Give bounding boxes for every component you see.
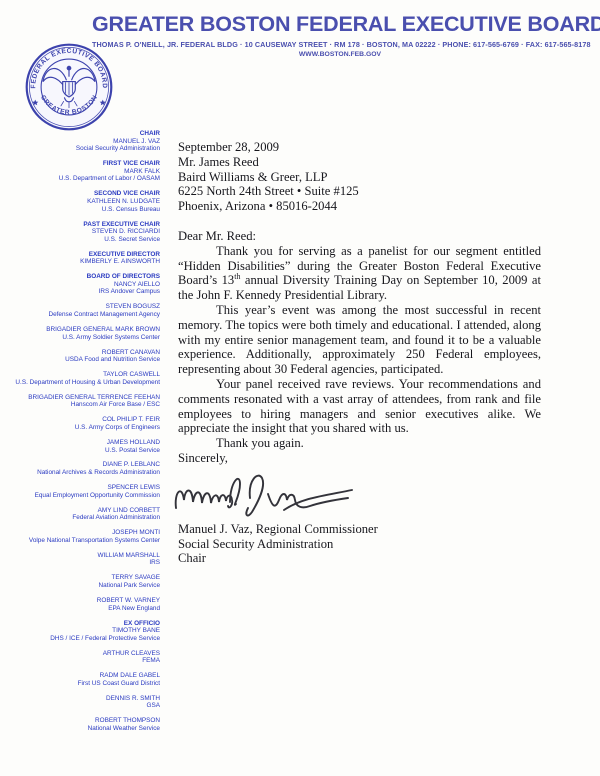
sidebar-entry-line: IRS <box>0 559 160 567</box>
sidebar-entry-line: TERRY SAVAGE <box>0 574 160 582</box>
sidebar-entry-heading: SECOND VICE CHAIR <box>0 190 160 198</box>
sidebar-entry-line: ARTHUR CLEAVES <box>0 650 160 658</box>
sidebar-entry-line: COL PHILIP T. FEIR <box>0 416 160 424</box>
sidebar-entry: EX OFFICIOTIMOTHY BANEDHS / ICE / Federa… <box>0 620 160 643</box>
signer-org: Social Security Administration <box>178 537 541 552</box>
sidebar-entry: SPENCER LEWISEqual Employment Opportunit… <box>0 484 160 499</box>
sidebar-entry: DENNIS R. SMITHGSA <box>0 695 160 710</box>
sidebar-entry-line: BRIGADIER GENERAL MARK BROWN <box>0 326 160 334</box>
sidebar-entry-line: FEMA <box>0 657 160 665</box>
sidebar-entry-heading: EXECUTIVE DIRECTOR <box>0 251 160 259</box>
sidebar-entry-line: MANUEL J. VAZ <box>0 138 160 146</box>
org-address-line: THOMAS P. O'NEILL, JR. FEDERAL BLDG · 10… <box>92 40 588 49</box>
sidebar-entry-line: U.S. Department of Labor / OASAM <box>0 175 160 183</box>
sidebar-entry-line: USDA Food and Nutrition Service <box>0 356 160 364</box>
salutation: Dear Mr. Reed: <box>178 229 541 244</box>
recipient-company: Baird Williams & Greer, LLP <box>178 170 541 185</box>
sidebar-entry-line: SPENCER LEWIS <box>0 484 160 492</box>
sidebar-entry-line: ROBERT CANAVAN <box>0 349 160 357</box>
sidebar-entry-line: ROBERT W. VARNEY <box>0 597 160 605</box>
letterhead: GREATER BOSTON FEDERAL EXECUTIVE BOARD T… <box>92 12 588 58</box>
sidebar-entry-line: Federal Aviation Administration <box>0 514 160 522</box>
sidebar-entry: ROBERT THOMPSONNational Weather Service <box>0 717 160 732</box>
sidebar-entry-line: ROBERT THOMPSON <box>0 717 160 725</box>
closing-thanks: Thank you again. <box>178 436 541 451</box>
sidebar-entry-line: DIANE P. LEBLANC <box>0 461 160 469</box>
sidebar-entry-line: U.S. Army Soldier Systems Center <box>0 334 160 342</box>
sidebar-entry-line: NANCY AIELLO <box>0 281 160 289</box>
sidebar-entry-line: GSA <box>0 702 160 710</box>
paragraph-1: Thank you for serving as a panelist for … <box>178 244 541 303</box>
sidebar-entry-line: Equal Employment Opportunity Commission <box>0 492 160 500</box>
letter-date: September 28, 2009 <box>178 140 541 155</box>
handwritten-signature <box>172 470 357 522</box>
sidebar-entry: JOSEPH MONTIVolpe National Transportatio… <box>0 529 160 544</box>
sidebar: CHAIRMANUEL J. VAZSocial Security Admini… <box>0 130 160 740</box>
sidebar-entry-line: National Archives & Records Administrati… <box>0 469 160 477</box>
paragraph-3: Your panel received rave reviews. Your r… <box>178 377 541 436</box>
sidebar-entry: ROBERT W. VARNEYEPA New England <box>0 597 160 612</box>
sidebar-entry: ARTHUR CLEAVESFEMA <box>0 650 160 665</box>
org-website: WWW.BOSTON.FEB.GOV <box>92 51 588 58</box>
sidebar-entry-line: KIMBERLY E. AINSWORTH <box>0 258 160 266</box>
sidebar-entry-line: First US Coast Guard District <box>0 680 160 688</box>
recipient-name: Mr. James Reed <box>178 155 541 170</box>
sidebar-entry: AMY LIND CORBETTFederal Aviation Adminis… <box>0 507 160 522</box>
sidebar-entry-line: TAYLOR CASWELL <box>0 371 160 379</box>
sidebar-entry: CHAIRMANUEL J. VAZSocial Security Admini… <box>0 130 160 153</box>
sidebar-entry: ROBERT CANAVANUSDA Food and Nutrition Se… <box>0 349 160 364</box>
sidebar-entry: BRIGADIER GENERAL MARK BROWNU.S. Army So… <box>0 326 160 341</box>
letter-page: FEDERAL EXECUTIVE BOARD GREATER BOSTON <box>0 0 600 776</box>
sidebar-entry-line: STEVEN D. RICCIARDI <box>0 228 160 236</box>
sidebar-entry: COL PHILIP T. FEIRU.S. Army Corps of Eng… <box>0 416 160 431</box>
sidebar-entry: SECOND VICE CHAIRKATHLEEN N. LUDGATEU.S.… <box>0 190 160 213</box>
sidebar-entry: TERRY SAVAGENational Park Service <box>0 574 160 589</box>
recipient-street: 6225 North 24th Street • Suite #125 <box>178 184 541 199</box>
sidebar-entry: RADM DALE GABELFirst US Coast Guard Dist… <box>0 672 160 687</box>
sidebar-entry-line: National Park Service <box>0 582 160 590</box>
paragraph-2: This year’s event was among the most suc… <box>178 303 541 377</box>
signature-block: Manuel J. Vaz, Regional Commissioner Soc… <box>178 522 541 566</box>
sidebar-entry-heading: PAST EXECUTIVE CHAIR <box>0 221 160 229</box>
sidebar-entry: BOARD OF DIRECTORSNANCY AIELLOIRS Andove… <box>0 273 160 296</box>
sidebar-entry-line: WILLIAM MARSHALL <box>0 552 160 560</box>
sidebar-entry-line: Hanscom Air Force Base / ESC <box>0 401 160 409</box>
sidebar-entry-line: U.S. Census Bureau <box>0 206 160 214</box>
letter-body: September 28, 2009 Mr. James Reed Baird … <box>178 140 541 566</box>
sidebar-entry-line: Defense Contract Management Agency <box>0 311 160 319</box>
sidebar-entry-line: EPA New England <box>0 605 160 613</box>
sidebar-entry: DIANE P. LEBLANCNational Archives & Reco… <box>0 461 160 476</box>
sidebar-entry-line: JOSEPH MONTI <box>0 529 160 537</box>
sidebar-entry-line: U.S. Department of Housing & Urban Devel… <box>0 379 160 387</box>
sidebar-entry: JAMES HOLLANDU.S. Postal Service <box>0 439 160 454</box>
sidebar-entry-line: U.S. Postal Service <box>0 447 160 455</box>
sidebar-entry-line: RADM DALE GABEL <box>0 672 160 680</box>
signer-title: Chair <box>178 551 541 566</box>
sidebar-entry-line: DENNIS R. SMITH <box>0 695 160 703</box>
sidebar-entry-line: MARK FALK <box>0 168 160 176</box>
sidebar-entry-line: National Weather Service <box>0 725 160 733</box>
sidebar-entry-heading: EX OFFICIO <box>0 620 160 628</box>
sidebar-entry-line: U.S. Army Corps of Engineers <box>0 424 160 432</box>
sidebar-entry-line: DHS / ICE / Federal Protective Service <box>0 635 160 643</box>
signer-name: Manuel J. Vaz, Regional Commissioner <box>178 522 541 537</box>
sidebar-entry: EXECUTIVE DIRECTORKIMBERLY E. AINSWORTH <box>0 251 160 266</box>
sidebar-entry: WILLIAM MARSHALLIRS <box>0 552 160 567</box>
closing-salutation: Sincerely, <box>178 451 541 466</box>
recipient-city: Phoenix, Arizona • 85016-2044 <box>178 199 541 214</box>
sidebar-entry-line: JAMES HOLLAND <box>0 439 160 447</box>
recipient-address: Mr. James Reed Baird Williams & Greer, L… <box>178 155 541 214</box>
sidebar-entry: BRIGADIER GENERAL TERRENCE FEEHANHanscom… <box>0 394 160 409</box>
sidebar-entry-heading: FIRST VICE CHAIR <box>0 160 160 168</box>
sidebar-entry-line: U.S. Secret Service <box>0 236 160 244</box>
sidebar-entry: PAST EXECUTIVE CHAIRSTEVEN D. RICCIARDIU… <box>0 221 160 244</box>
sidebar-entry-heading: BOARD OF DIRECTORS <box>0 273 160 281</box>
sidebar-entry-line: IRS Andover Campus <box>0 288 160 296</box>
sidebar-entry-line: KATHLEEN N. LUDGATE <box>0 198 160 206</box>
sidebar-entry-line: BRIGADIER GENERAL TERRENCE FEEHAN <box>0 394 160 402</box>
sidebar-entry-line: Social Security Administration <box>0 145 160 153</box>
sidebar-entry-line: TIMOTHY BANE <box>0 627 160 635</box>
sidebar-entry-heading: CHAIR <box>0 130 160 138</box>
sidebar-entry-line: Volpe National Transportation Systems Ce… <box>0 537 160 545</box>
org-title: GREATER BOSTON FEDERAL EXECUTIVE BOARD <box>92 12 588 37</box>
sidebar-entry: TAYLOR CASWELLU.S. Department of Housing… <box>0 371 160 386</box>
sidebar-entry-line: STEVEN BOGUSZ <box>0 303 160 311</box>
sidebar-entry: STEVEN BOGUSZDefense Contract Management… <box>0 303 160 318</box>
sidebar-entry-line: AMY LIND CORBETT <box>0 507 160 515</box>
sidebar-entry: FIRST VICE CHAIRMARK FALKU.S. Department… <box>0 160 160 183</box>
